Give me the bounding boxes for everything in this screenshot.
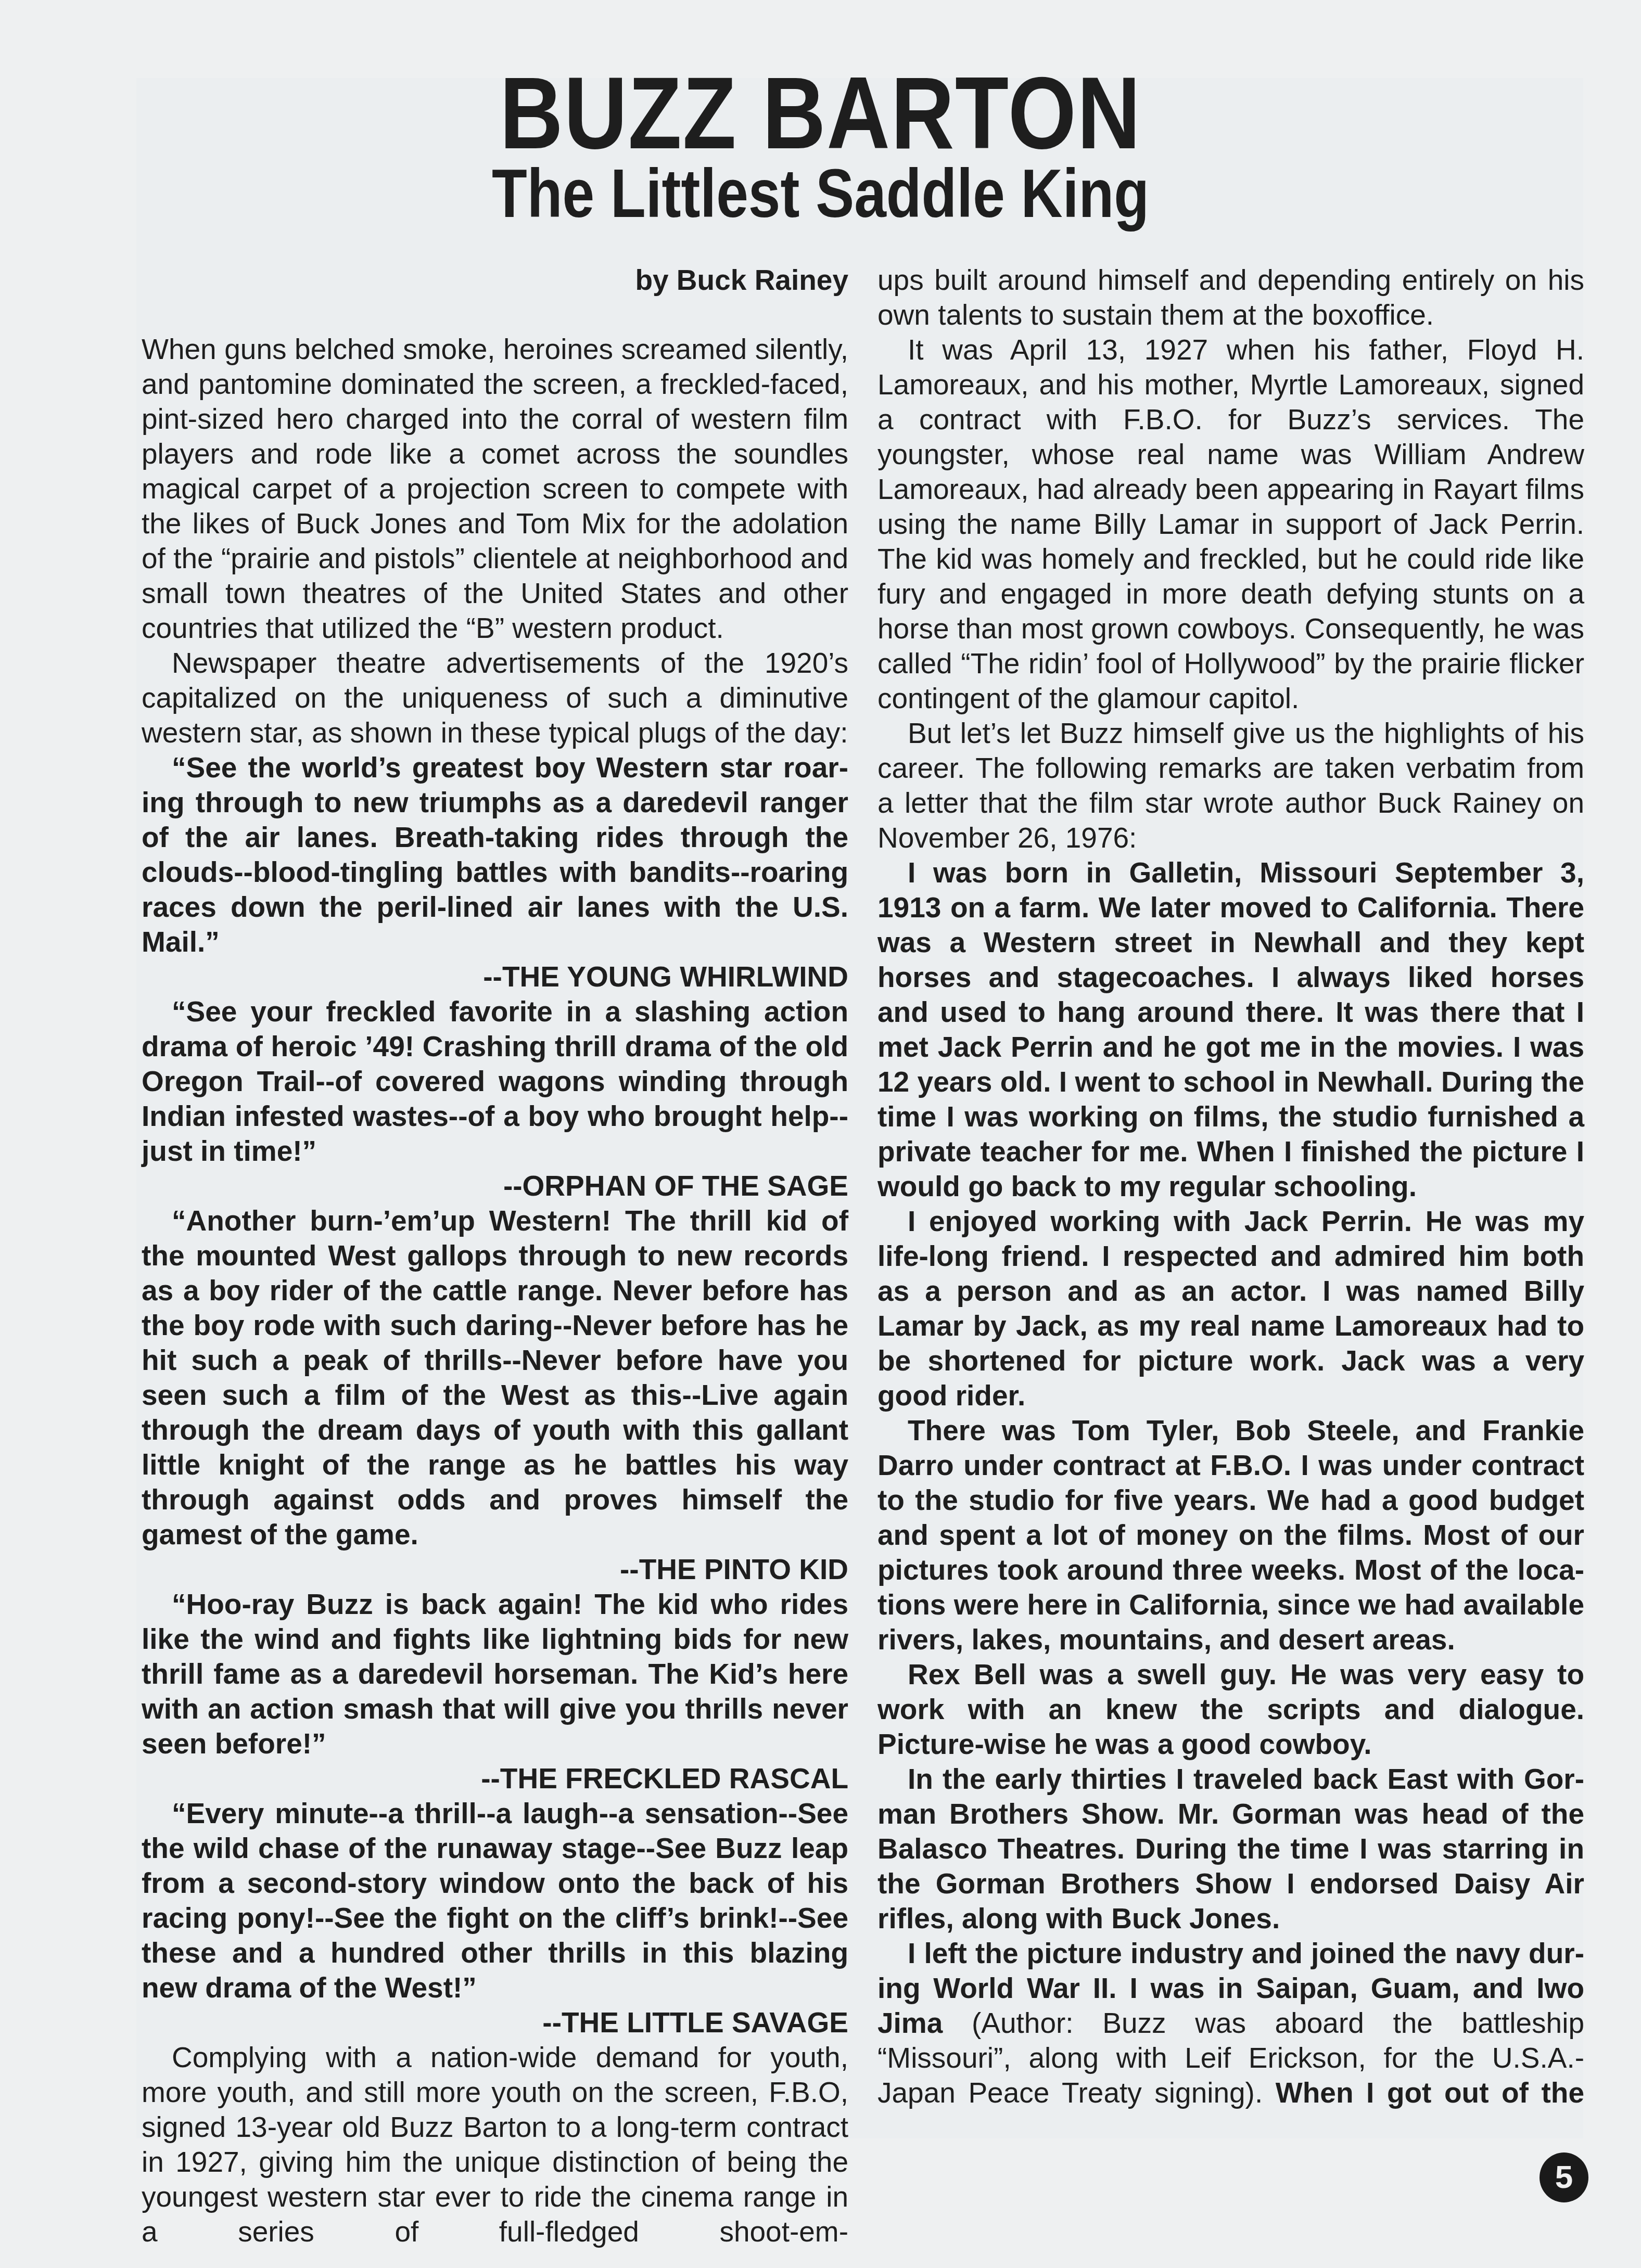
ad-quote-text: “See the world’s greatest boy Western st… — [142, 751, 848, 958]
ad-quote-text: “Every minute--a thrill--a laugh--a sens… — [142, 1797, 848, 2004]
letter-paragraph: There was Tom Tyler, Bob Steele, and Fra… — [877, 1413, 1584, 1657]
ad-quote-source: --THE YOUNG WHIRLWIND — [142, 959, 848, 994]
ad-quote-source: --THE PINTO KID — [142, 1552, 848, 1587]
byline: by Buck Rainey — [142, 263, 848, 298]
letter-paragraph: In the early thirties I traveled back Ea… — [877, 1762, 1584, 1936]
ad-quote-text: “Hoo-ray Buzz is back again! The kid who… — [142, 1588, 848, 1760]
ad-quote-pinto-kid: “Another burn-’em’up Western! The thrill… — [142, 1203, 848, 1587]
left-column: by Buck Rainey When guns belched smoke, … — [142, 263, 848, 2249]
ad-quote-freckled-rascal: “Hoo-ray Buzz is back again! The kid who… — [142, 1587, 848, 1796]
letter-paragraph: I enjoyed working with Jack Perrin. He w… — [877, 1204, 1584, 1413]
ad-quote-source: --ORPHAN OF THE SAGE — [142, 1169, 848, 1203]
ad-quote-text: “Another burn-’em’up Western! The thrill… — [142, 1205, 848, 1551]
contract-paragraph: Complying with a nation-wide demand for … — [142, 2040, 848, 2249]
ad-quote-orphan-of-the-sage: “See your freckled favorite in a slashin… — [142, 994, 848, 1203]
ad-quote-text: “See your freckled favorite in a slashin… — [142, 995, 848, 1167]
right-column: ups built around himself and depending e… — [877, 263, 1584, 2110]
contract-signing-paragraph: It was April 13, 1927 when his father, F… — [877, 332, 1584, 716]
ad-quote-source: --THE LITTLE SAVAGE — [142, 2005, 848, 2040]
ad-quote-young-whirlwind: “See the world’s greatest boy Western st… — [142, 750, 848, 994]
letter-paragraph: Rex Bell was a swell guy. He was very ea… — [877, 1657, 1584, 1762]
continued-paragraph: ups built around himself and depending e… — [877, 263, 1584, 332]
page-number-badge: 5 — [1540, 2152, 1588, 2202]
article-title: BUZZ BARTON — [115, 61, 1526, 165]
letter-text: When I got out of the — [1263, 2077, 1584, 2109]
letter-paragraph-navy: I left the picture industry and joined t… — [877, 1936, 1584, 2110]
newspaper-paragraph: Newspaper theatre advertisements of the … — [142, 646, 848, 750]
ad-quote-little-savage: “Every minute--a thrill--a laugh--a sens… — [142, 1796, 848, 2040]
letter-intro-paragraph: But let’s let Buzz himself give us the h… — [877, 716, 1584, 855]
intro-paragraph: When guns belched smoke, heroines scream… — [142, 332, 848, 646]
letter-paragraph: I was born in Galletin, Missouri Septemb… — [877, 855, 1584, 1204]
article-subtitle: The Littlest Saddle King — [131, 157, 1510, 230]
ad-quote-source: --THE FRECKLED RASCAL — [142, 1761, 848, 1796]
